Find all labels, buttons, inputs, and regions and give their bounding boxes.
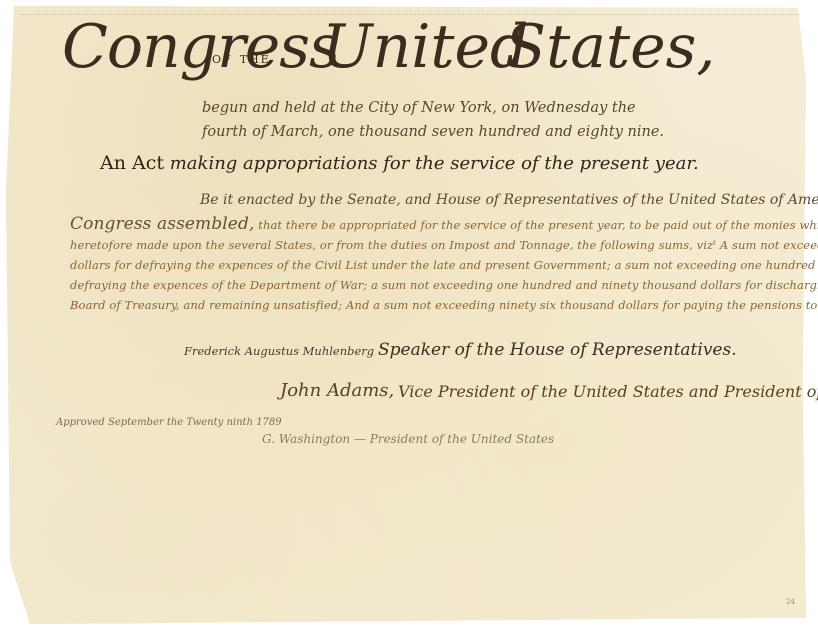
page-mark: 24 [786, 598, 795, 606]
heading-united: United [322, 12, 528, 82]
body-line-0-text: that there be appropriated for the servi… [258, 218, 818, 232]
session-line-2: fourth of March, one thousand seven hund… [202, 124, 664, 140]
vice-president-title: Vice President of the United States and … [398, 382, 818, 401]
body-line-0: Congress assembled, that there be approp… [70, 214, 818, 234]
speaker-signature: Frederick Augustus Muhlenberg [184, 344, 374, 358]
body-line-0-cap: Congress assembled, [70, 214, 254, 234]
body-line-4: Board of Treasury, and remaining unsatis… [70, 298, 818, 312]
speaker-title: Speaker of the House of Representatives. [378, 340, 737, 360]
act-title-text: making appropriations for the service of… [170, 153, 699, 174]
heading-of-the: of the [212, 48, 271, 67]
body-line-1: heretofore made upon the several States,… [70, 238, 818, 252]
body-line-3: defraying the expences of the Department… [70, 278, 818, 292]
act-title: An Act making appropriations for the ser… [100, 152, 699, 174]
parchment-document [6, 6, 806, 624]
approval-note: Approved September the Twenty ninth 1789 [56, 417, 282, 428]
heading-congress: Congress [62, 12, 339, 82]
heading-states: States, [505, 12, 715, 82]
body-line-2: dollars for defraying the expences of th… [70, 258, 818, 272]
session-line-1: begun and held at the City of New York, … [202, 100, 636, 116]
act-lead: An Act [100, 152, 164, 174]
vice-president-signature: John Adams, [280, 380, 394, 401]
enacting-clause: Be it enacted by the Senate, and House o… [200, 192, 818, 208]
president-signature: G. Washington — President of the United … [262, 432, 554, 446]
